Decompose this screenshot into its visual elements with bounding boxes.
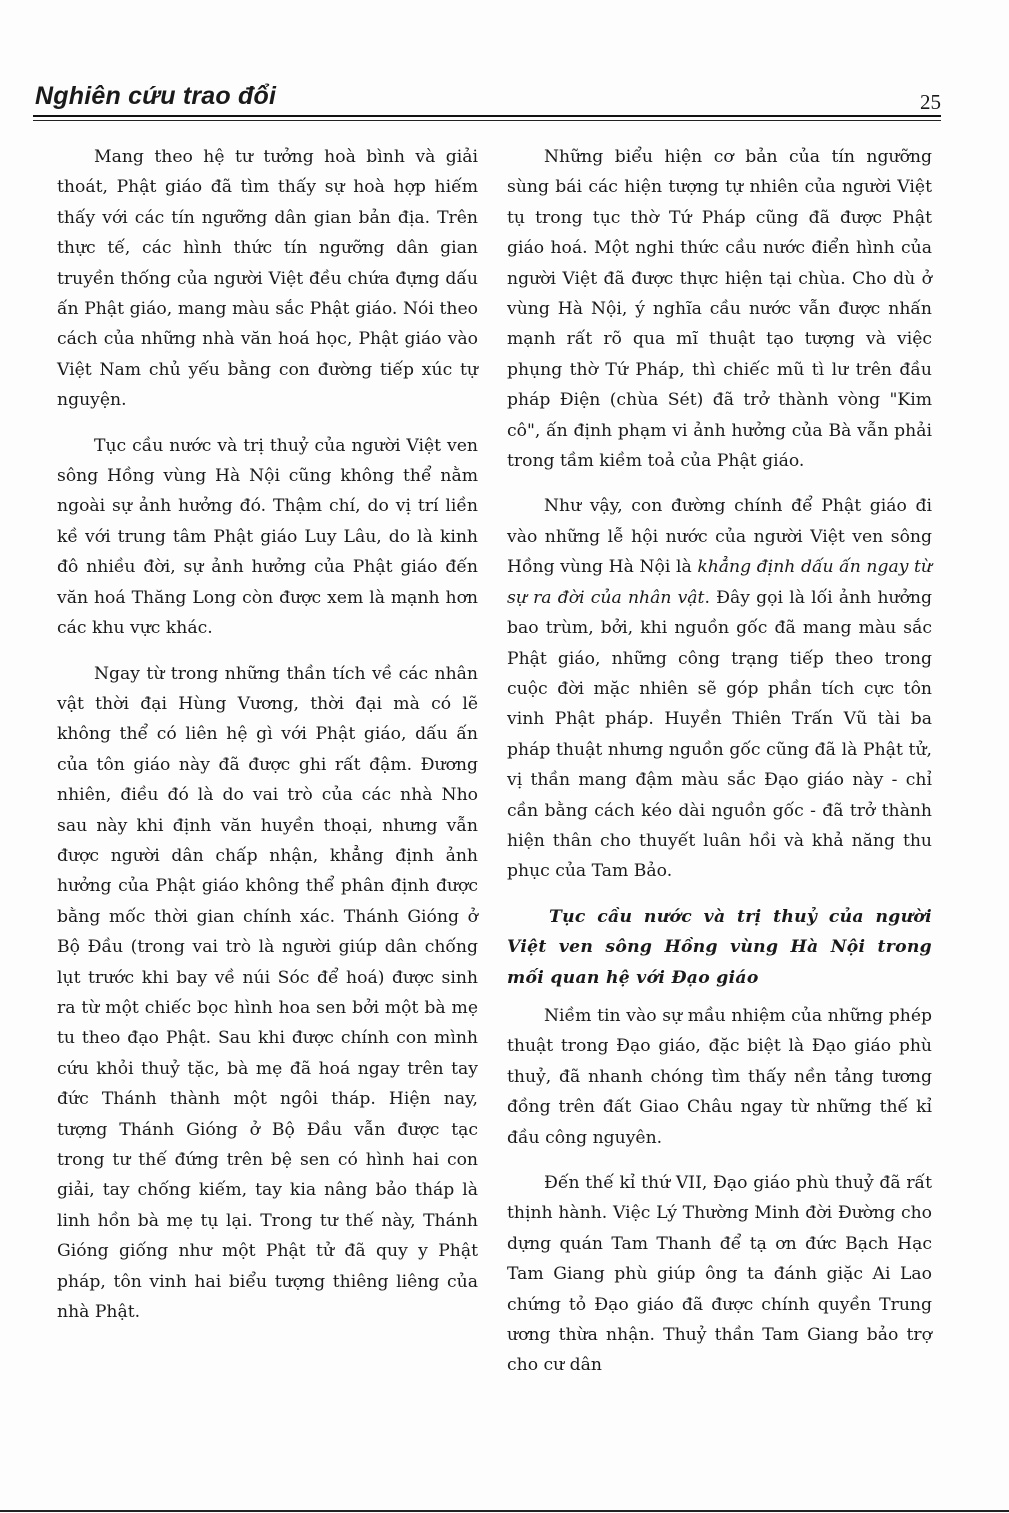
paragraph: Như vậy, con đường chính để Phật giáo đi… — [507, 491, 932, 886]
paragraph: Tục cầu nước và trị thuỷ của người Việt … — [57, 431, 478, 644]
page-bottom-edge — [0, 1510, 1009, 1512]
paragraph: Những biểu hiện cơ bản của tín ngưỡng sù… — [507, 142, 932, 476]
paragraph: Đến thế kỉ thứ VII, Đạo giáo phù thuỷ đã… — [507, 1168, 932, 1381]
running-title: Nghiên cứu trao đổi — [35, 82, 276, 111]
page-header: Nghiên cứu trao đổi 25 — [33, 80, 941, 124]
paragraph: Ngay từ trong những thần tích về các nhâ… — [57, 659, 478, 1328]
paragraph: Niềm tin vào sự mầu nhiệm của những phép… — [507, 1001, 932, 1153]
page-number: 25 — [920, 90, 941, 115]
left-column: Mang theo hệ tư tưởng hoà bình và giải t… — [57, 142, 478, 1342]
section-heading: Tục cầu nước và trị thuỷ của người Việt … — [507, 902, 932, 993]
right-column: Những biểu hiện cơ bản của tín ngưỡng sù… — [507, 142, 932, 1396]
paragraph: Mang theo hệ tư tưởng hoà bình và giải t… — [57, 142, 478, 416]
header-rule-thin — [33, 120, 941, 121]
header-rule-thick — [33, 115, 941, 117]
paragraph-text: . Đây gọi là lối ảnh hưởng bao trùm, bởi… — [507, 588, 932, 882]
